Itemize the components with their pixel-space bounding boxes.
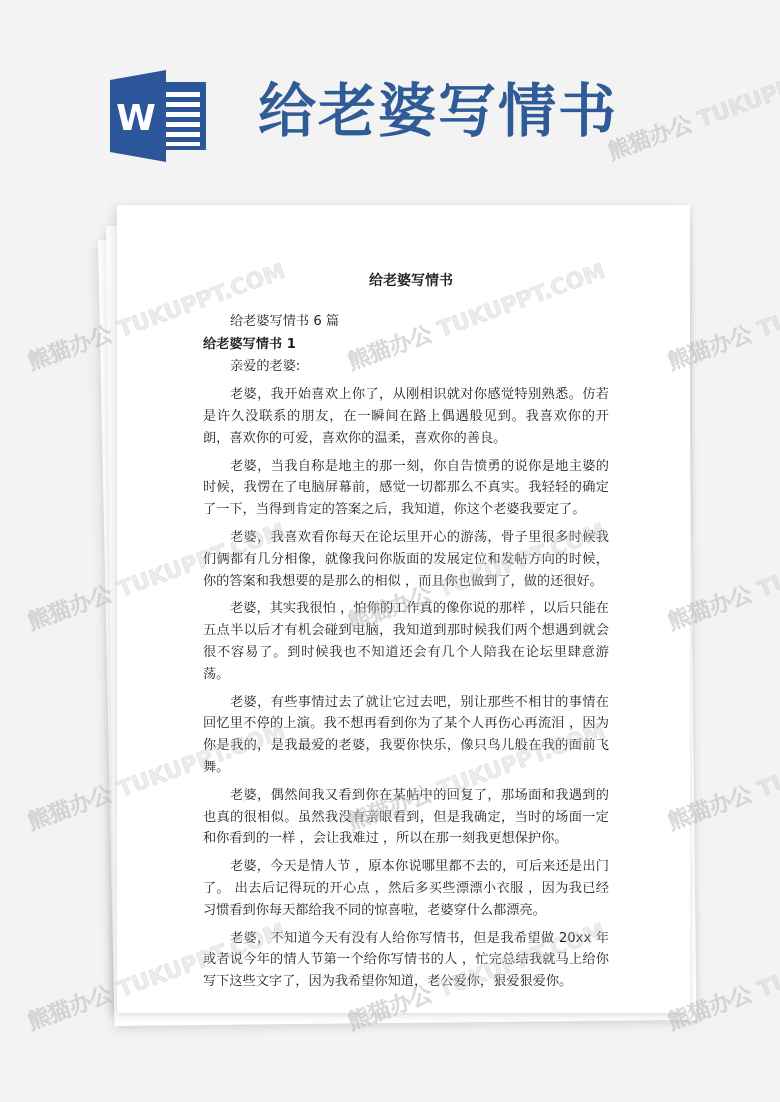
word-document-icon: W [108, 68, 208, 162]
document-body: 给老婆写情书 给老婆写情书 6 篇 给老婆写情书 1 亲爱的老婆: 老婆，我开始… [203, 271, 609, 999]
svg-text:W: W [116, 98, 156, 139]
document-title: 给老婆写情书 [203, 271, 609, 293]
salutation: 亲爱的老婆: [203, 356, 609, 378]
paragraph: 老婆，今天是情人节 ，原本你说哪里都不去的，可后来还是出门了。 出去后记得玩的开… [203, 856, 609, 921]
paragraph: 老婆，有些事情过去了就让它过去吧，别让那些不相甘的事情在回忆里不停的上演。我不想… [203, 692, 609, 779]
paragraph: 老婆，偶然间我又看到你在某帖中的回复了，那场面和我遇到的也真的很相似。虽然我没有… [203, 785, 609, 850]
banner-title: 给老婆写情书 [258, 76, 618, 146]
paragraph: 老婆，我开始喜欢上你了，从刚相识就对你感觉特别熟悉。仿若是许久没联系的朋友，在一… [203, 384, 609, 449]
document-page: 给老婆写情书 给老婆写情书 6 篇 给老婆写情书 1 亲爱的老婆: 老婆，我开始… [117, 205, 690, 1013]
paragraph: 老婆，当我自称是地主的那一刻，你自告愤勇的说你是地主婆的时候，我愣在了电脑屏幕前… [203, 456, 609, 521]
paragraph: 老婆，不知道今天有没有人给你写情书，但是我希望做 20xx 年或者说今年的情人节… [203, 928, 609, 993]
section-heading: 给老婆写情书 1 [203, 334, 609, 356]
watermark: 熊猫办公 TUKUPPT.COM [603, 44, 780, 166]
paragraph: 老婆，我喜欢看你每天在论坛里开心的游荡，骨子里很多时候我们俩都有几分相像，就像我… [203, 527, 609, 592]
document-subtitle: 给老婆写情书 6 篇 [203, 311, 609, 333]
paragraph: 老婆，其实我很怕 ，怕你的工作真的像你说的那样 ，以后只能在五点半以后才有机会碰… [203, 598, 609, 685]
